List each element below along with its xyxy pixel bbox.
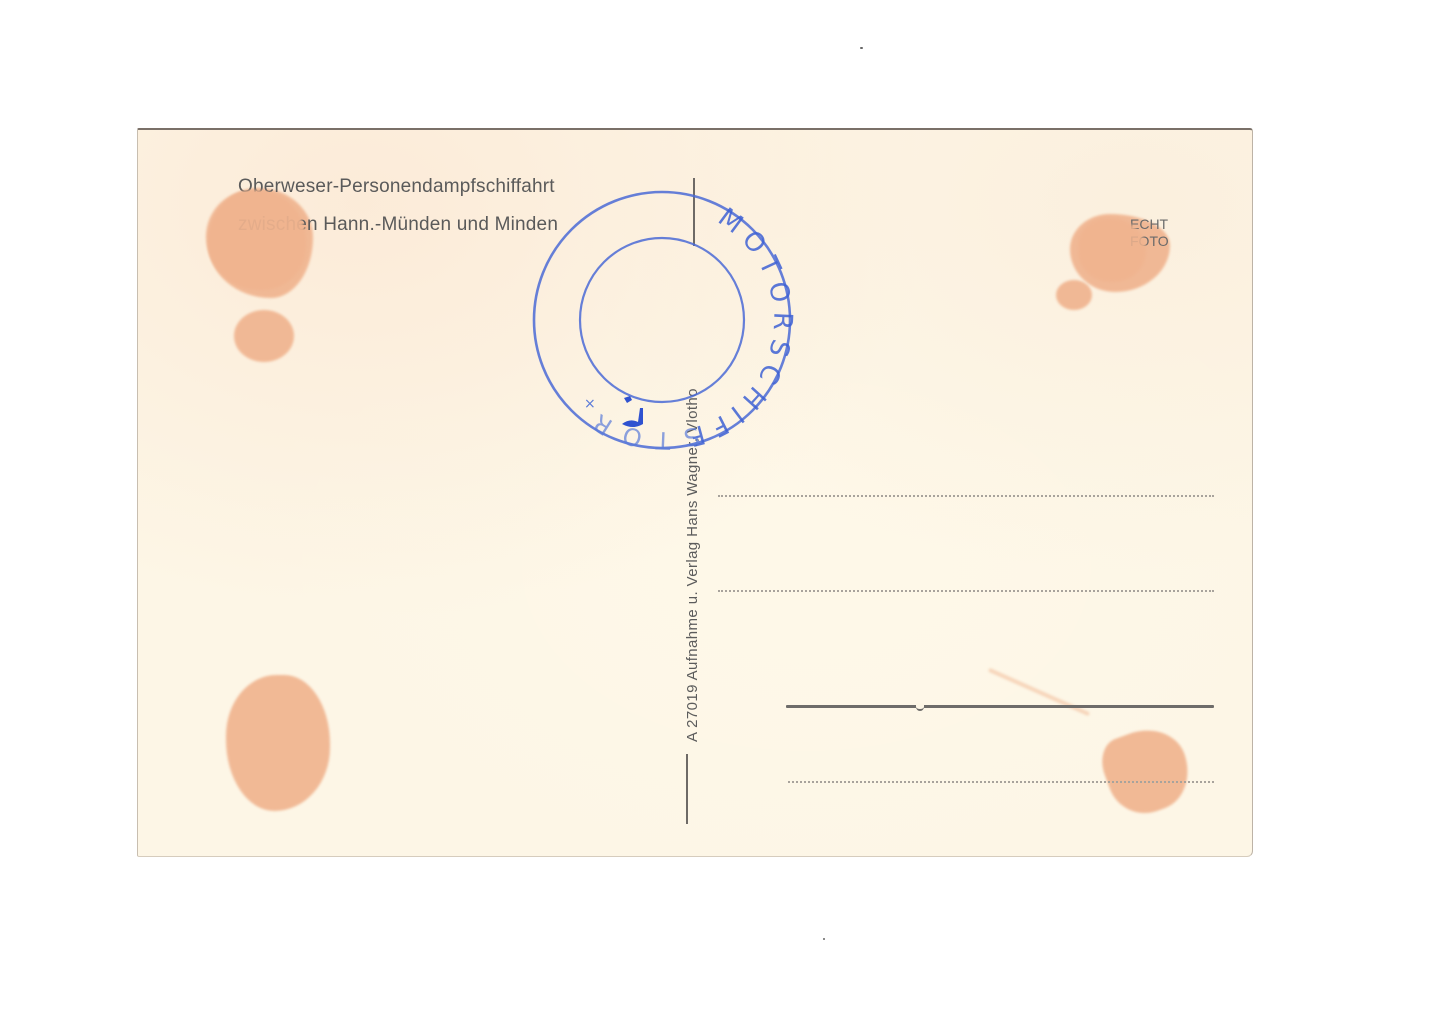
address-line-1 <box>718 495 1214 497</box>
address-line-4 <box>788 781 1214 783</box>
star-mark-icon: × <box>584 396 596 412</box>
postmark-stamp: MOTORSCHIFF STOR × <box>522 180 802 460</box>
postcard-back: Oberweser-Personendampfschiffahrt zwisch… <box>137 128 1253 857</box>
center-divider-bottom <box>686 754 688 824</box>
scan-speck <box>823 938 825 940</box>
header-line-1: Oberweser-Personendampfschiffahrt <box>238 176 555 198</box>
glue-stain-top-right-overlay <box>1078 218 1146 282</box>
glue-stain-top-left-small <box>234 310 294 362</box>
address-line-notch <box>916 703 924 711</box>
glue-stain-bottom-left <box>226 675 330 811</box>
scratch-mark <box>988 668 1090 716</box>
svg-text:MOTORSCHIFF: MOTORSCHIFF <box>678 203 797 454</box>
address-line-2 <box>718 590 1214 592</box>
glue-stain-bottom-right <box>1094 718 1199 823</box>
scan-speck <box>860 47 863 49</box>
address-line-3 <box>786 705 1214 708</box>
glue-stain-top-right-small <box>1056 280 1092 310</box>
